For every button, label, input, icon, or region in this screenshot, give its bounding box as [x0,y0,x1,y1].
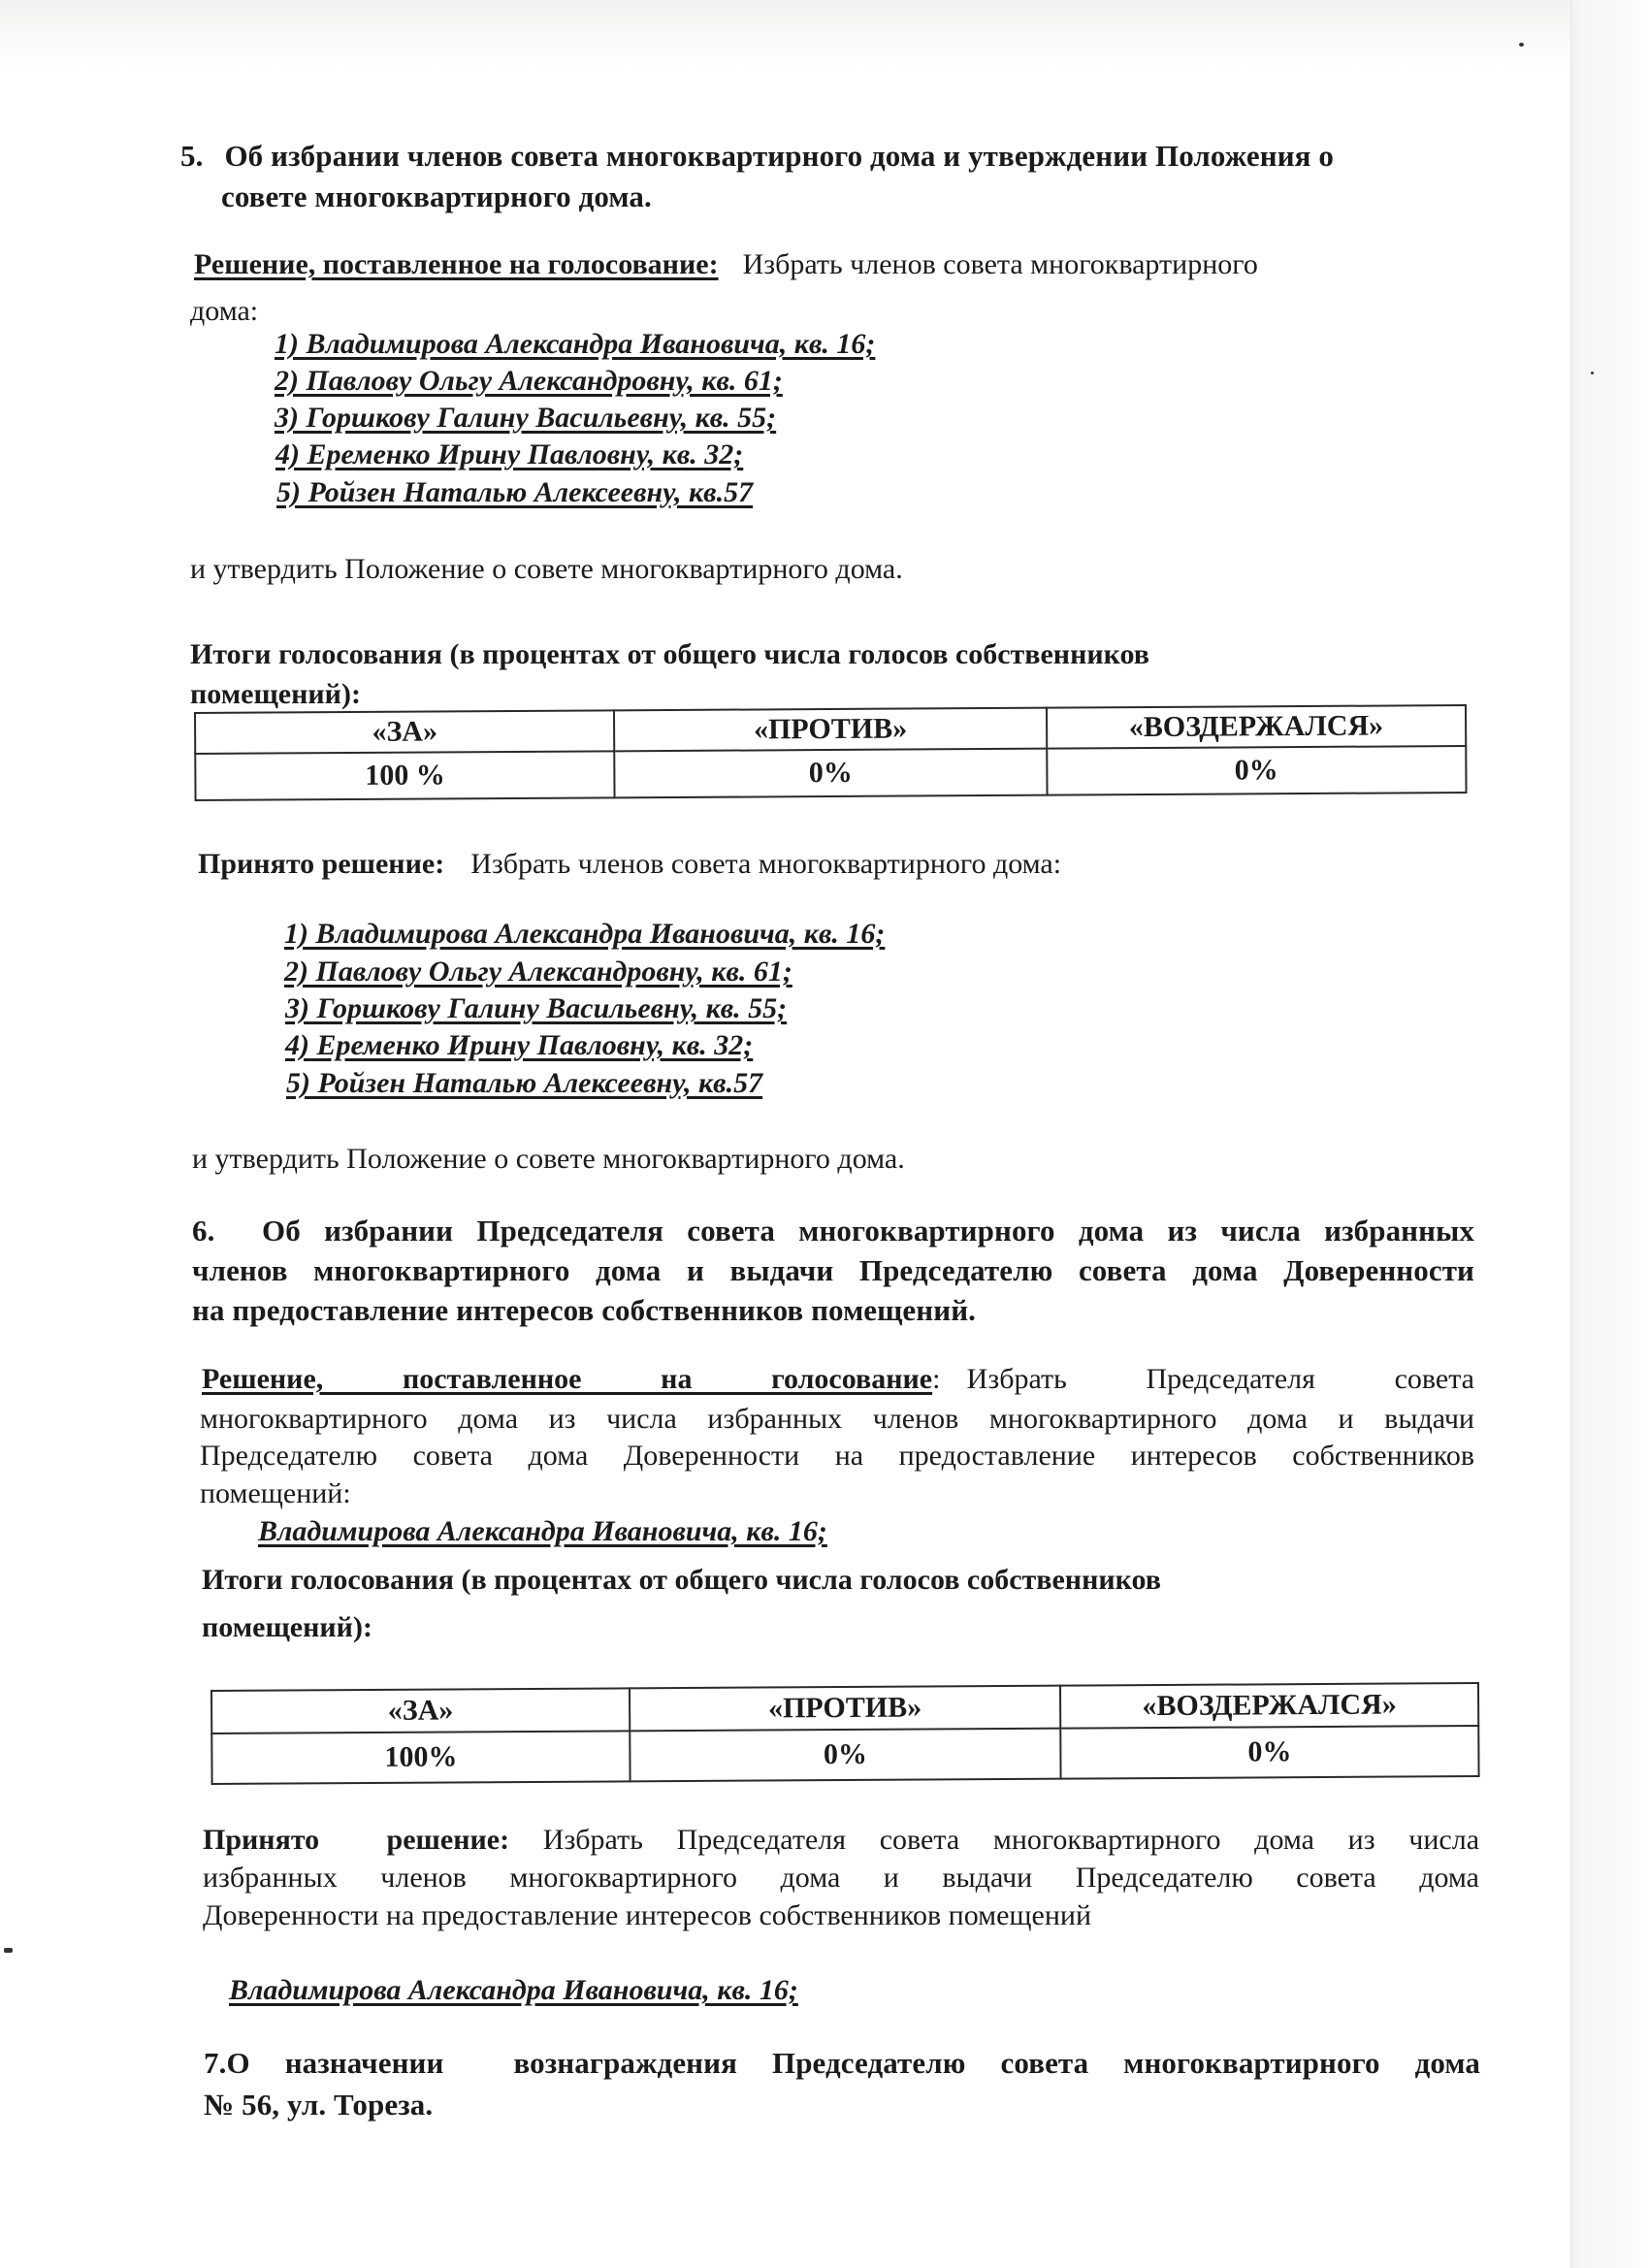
section-6-heading: 6. Об избрании Председателя совета много… [192,1211,1474,1250]
section-5-decision: Принято решение: Избрать членов совета м… [198,846,1061,883]
section-6-decision-line1: Принято решение: Избрать Председателя со… [203,1822,1479,1859]
section-6-proposal-colon: : [932,1363,940,1395]
section-6-results-title: Итоги голосования (в процентах от общего… [202,1562,1161,1599]
section-6-results-title-line2: помещений): [202,1609,372,1646]
section-6-decision-label: Принято решение: [203,1824,509,1856]
section-7-title-line1: О назначении вознаграждения Председателю… [226,2046,1480,2080]
header-za: «ЗА» [211,1688,630,1733]
table-row: 100 % 0% 0% [195,746,1466,800]
document-page: 5.Об избрании членов совета многоквартир… [0,0,1649,2268]
section-6-decision-chair: Владимирова Александра Ивановича, кв. 16… [229,1974,798,2006]
section-6-decision-line3: Доверенности на предоставление интересов… [203,1897,1091,1934]
section-5-decision-member: 1) Владимирова Александра Ивановича, кв.… [284,918,885,950]
section-6-proposal-line4: помещений: [200,1475,351,1512]
section-5-heading-line2: совете многоквартирного дома. [221,177,652,216]
section-7-heading: 7.О назначении вознаграждения Председате… [204,2043,1480,2083]
table-row: 100% 0% 0% [211,1726,1478,1784]
section-5-number: 5. [180,139,203,173]
section-6-proposal-chair: Владимирова Александра Ивановича, кв. 16… [258,1515,827,1547]
section-5-decision-tail: и утвердить Положение о совете многоквар… [192,1141,905,1178]
section-6-proposal-label: Решение, поставленное на голосование [202,1363,932,1395]
section-5-proposal-text: Избрать членов совета многоквартирного [743,248,1258,280]
section-5-proposal-tail: и утвердить Положение о совете многоквар… [190,551,903,588]
table-header-row: «ЗА» «ПРОТИВ» «ВОЗДЕРЖАЛСЯ» [211,1683,1478,1733]
value-za: 100 % [195,751,615,800]
section-6-proposal-line2: многоквартирного дома из числа избранных… [200,1401,1474,1438]
value-vozderzhalsya: 0% [1047,746,1467,795]
section-7-number: 7. [204,2046,226,2080]
section-6-decision-line2: избранных членов многоквартирного дома и… [203,1860,1479,1896]
section-6-heading-line2: членов многоквартирного дома и выдачи Пр… [192,1250,1474,1290]
header-vozderzhalsya: «ВОЗДЕРЖАЛСЯ» [1060,1683,1478,1729]
header-za: «ЗА» [195,710,615,754]
section-5-decision-member: 3) Горшкову Галину Васильевну, кв. 55; [285,992,787,1024]
section-6-number: 6. [192,1214,214,1247]
section-5-decision-member: 2) Павлову Ольгу Александровну, кв. 61; [284,956,792,988]
section-6-proposal-text: Избрать Председателя совета [967,1363,1474,1395]
section-5-proposal-member: 2) Павлову Ольгу Александровну, кв. 61; [275,365,783,397]
header-protiv: «ПРОТИВ» [614,708,1047,752]
section-5-proposal-member: 4) Еременко Ирину Павловну, кв. 32; [275,438,743,470]
section-5-decision-member: 4) Еременко Ирину Павловну, кв. 32; [285,1029,753,1061]
section-5-results-table: «ЗА» «ПРОТИВ» «ВОЗДЕРЖАЛСЯ» 100 % 0% 0% [194,704,1468,801]
section-5-proposal-label: Решение, поставленное на голосование: [194,248,719,280]
section-5-proposal-line1: Решение, поставленное на голосование: Из… [194,246,1258,283]
section-5-heading: 5.Об избрании членов совета многоквартир… [180,136,1471,176]
section-5-results-title: Итоги голосования (в процентах от общего… [190,636,1149,673]
section-7-heading-line2: № 56, ул. Тореза. [204,2085,433,2124]
section-6-decision-text: Избрать Председателя совета многоквартир… [543,1824,1479,1856]
value-za: 100% [211,1731,630,1784]
section-5-proposal-line2: дома: [190,293,258,330]
section-6-proposal-line1: Решение, поставленное на голосование: Из… [202,1361,1474,1398]
section-5-proposal-member: 5) Ройзен Наталью Алексеевну, кв.57 [276,476,753,508]
section-5-proposal-member: 1) Владимирова Александра Ивановича, кв.… [275,328,875,360]
header-vozderzhalsya: «ВОЗДЕРЖАЛСЯ» [1047,705,1467,749]
section-6-proposal-line3: Председателю совета дома Доверенности на… [200,1438,1474,1474]
section-5-decision-text: Избрать членов совета многоквартирного д… [470,848,1061,880]
section-6-title-line1: Об избрании Председателя совета многоква… [262,1214,1474,1247]
section-5-results-title-line2: помещений): [190,676,361,713]
section-5-proposal-member: 3) Горшкову Галину Васильевну, кв. 55; [275,402,776,434]
header-protiv: «ПРОТИВ» [630,1686,1060,1732]
value-protiv: 0% [615,749,1048,798]
section-5-title-line1: Об избрании членов совета многоквартирно… [224,139,1334,173]
section-6-heading-line3: на предоставление интересов собственнико… [192,1290,976,1330]
value-protiv: 0% [630,1729,1060,1782]
section-5-decision-label: Принято решение: [198,848,444,880]
section-6-results-table: «ЗА» «ПРОТИВ» «ВОЗДЕРЖАЛСЯ» 100% 0% 0% [210,1682,1480,1785]
value-vozderzhalsya: 0% [1060,1726,1478,1779]
section-5-decision-member: 5) Ройзен Наталью Алексеевну, кв.57 [286,1067,762,1099]
